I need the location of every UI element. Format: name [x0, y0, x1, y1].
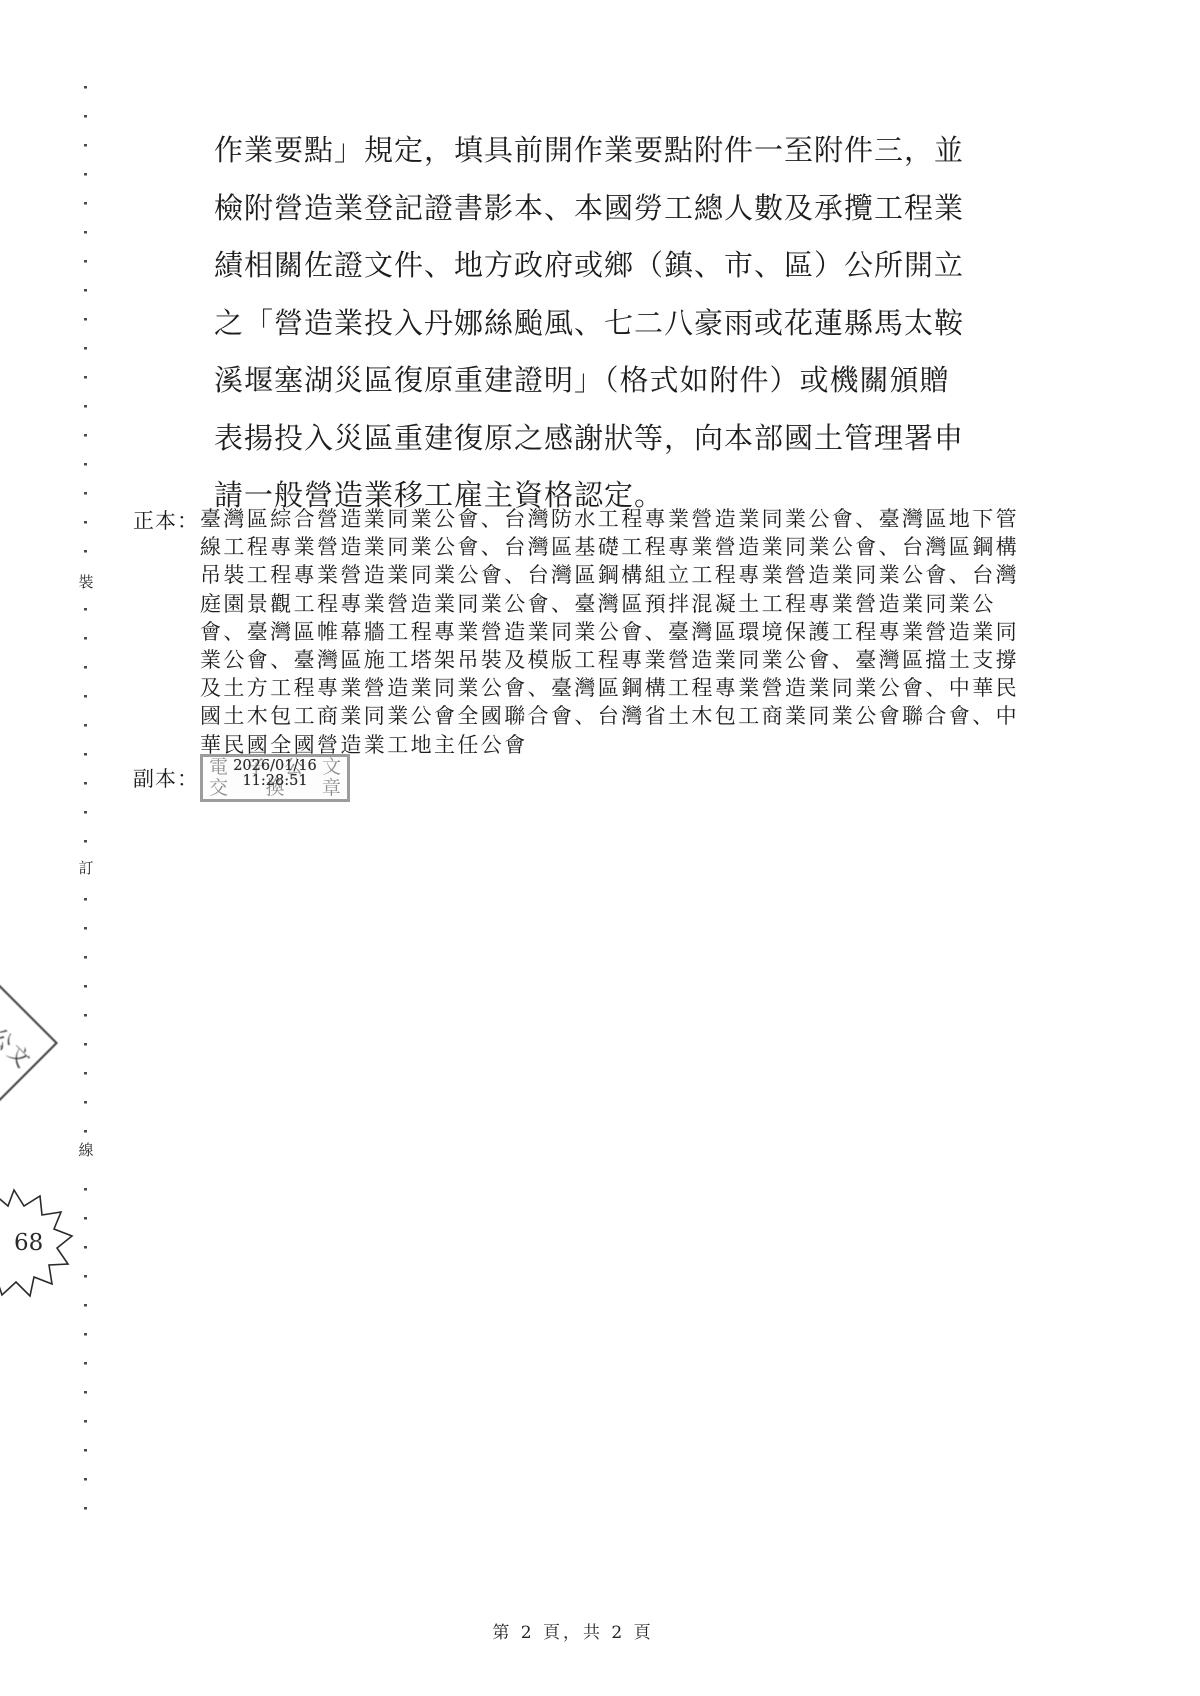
original-recipients-list: 臺灣區綜合營造業同業公會、台灣防水工程專業營造業同業公會、臺灣區地下管 線工程專… — [200, 505, 1045, 759]
edge-exchange-stamp: 電子公文 交換章 — [0, 968, 58, 1118]
starburst-seal: 68 — [0, 1182, 74, 1302]
document-page: 裝 訂 線 作業要點」規定，填具前開作業要點附件一至附件三，並 檢附營造業登記證… — [0, 0, 1200, 1696]
stamp-time: 11:28:51 — [203, 774, 347, 789]
binding-char-xian: 線 — [77, 1138, 95, 1163]
recipient-line: 庭園景觀工程專業營造業同業公會、臺灣區預拌混凝土工程專業營造業同業公 — [200, 590, 1045, 618]
body-line: 檢附營造業登記證書影本、本國勞工總人數及承攬工程業 — [214, 180, 1004, 238]
edge-stamp-text: 電子公文 — [0, 986, 40, 1075]
binding-dotted-line — [84, 86, 87, 1532]
recipient-line: 會、臺灣區帷幕牆工程專業營造業同業公會、臺灣區環境保護工程專業營造業同 — [200, 618, 1045, 646]
binding-char-ding: 訂 — [77, 856, 95, 881]
body-line: 績相關佐證文件、地方政府或鄉（鎮、市、區）公所開立 — [214, 237, 1004, 295]
stamp-date: 2026/01/16 — [203, 759, 347, 774]
seal-number: 68 — [14, 1230, 43, 1256]
recipient-line: 吊裝工程專業營造業同業公會、台灣區鋼構組立工程專業營造業同業公會、台灣 — [200, 561, 1045, 589]
binding-char-zhuang: 裝 — [77, 570, 95, 595]
body-line: 之「營造業投入丹娜絲颱風、七二八豪雨或花蓮縣馬太鞍 — [214, 295, 1004, 353]
recipient-line: 業公會、臺灣區施工塔架吊裝及模版工程專業營造業同業公會、臺灣區擋土支撐 — [200, 646, 1045, 674]
body-line: 作業要點」規定，填具前開作業要點附件一至附件三，並 — [214, 122, 1004, 180]
recipient-line: 臺灣區綜合營造業同業公會、台灣防水工程專業營造業同業公會、臺灣區地下管 — [200, 505, 1045, 533]
recipient-line: 國土木包工商業同業公會全國聯合會、台灣省土木包工商業同業公會聯合會、中 — [200, 702, 1045, 730]
stamp-datetime: 2026/01/16 11:28:51 — [203, 759, 347, 789]
electronic-exchange-stamp: 電 子 公 文 交 換 章 2026/01/16 11:28:51 — [200, 754, 350, 802]
recipient-line: 線工程專業營造業同業公會、台灣區基礎工程專業營造業同業公會、台灣區鋼構 — [200, 533, 1045, 561]
page-number: 第 2 頁，共 2 頁 — [492, 1618, 653, 1643]
copy-recipients-label: 副本： — [133, 763, 199, 793]
original-recipients-label: 正本： — [133, 505, 199, 535]
body-line: 溪堰塞湖災區復原重建證明」（格式如附件）或機關頒贈 — [214, 352, 1004, 410]
recipient-line: 及土方工程專業營造業同業公會、臺灣區鋼構工程專業營造業同業公會、中華民 — [200, 674, 1045, 702]
body-paragraph: 作業要點」規定，填具前開作業要點附件一至附件三，並 檢附營造業登記證書影本、本國… — [214, 122, 1004, 525]
body-line: 表揚投入災區重建復原之感謝狀等，向本部國土管理署申 — [214, 410, 1004, 468]
